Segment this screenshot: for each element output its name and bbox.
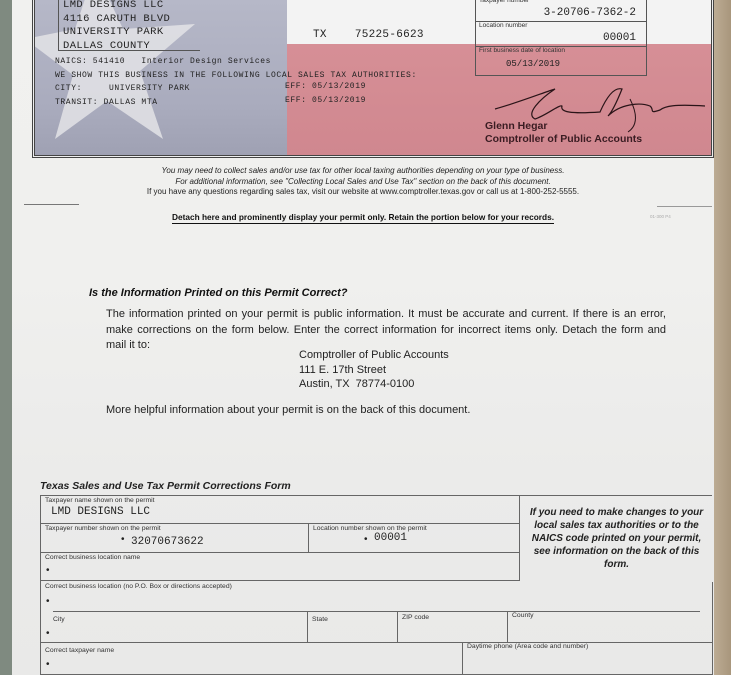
document-page: LMD DESIGNS LLC 4116 CARUTH BLVD UNIVERS… xyxy=(12,0,714,675)
taxpayer-number-label: Taxpayer number shown on the permit xyxy=(45,525,161,532)
form-left-block: Taxpayer name shown on the permit LMD DE… xyxy=(41,496,519,581)
naics-line: NAICS: 541410 Interior Design Services xyxy=(55,55,271,69)
form-title: Texas Sales and Use Tax Permit Correctio… xyxy=(40,480,291,492)
bullet-icon: • xyxy=(46,659,50,670)
taxpayer-number: 3-20706-7362-2 xyxy=(544,7,636,19)
signer-title: Comptroller of Public Accounts xyxy=(485,133,642,146)
taxpayer-number-field[interactable]: Taxpayer number shown on the permit • 32… xyxy=(41,524,309,552)
location-number-label: Location number shown on the permit xyxy=(313,525,427,532)
city: UNIVERSITY PARK xyxy=(63,26,170,40)
authority-city-effective: EFF: 05/13/2019 xyxy=(285,82,366,91)
county-label: County xyxy=(512,612,534,619)
state-zip: TX75225-6623 xyxy=(313,29,424,41)
taxpayer-name-value: LMD DESIGNS LLC xyxy=(51,506,150,518)
location-number-cell: Location number 00001 xyxy=(476,22,646,47)
sales-tax-permit: LMD DESIGNS LLC 4116 CARUTH BLVD UNIVERS… xyxy=(32,0,714,158)
first-business-date: 05/13/2019 xyxy=(506,59,560,69)
daytime-phone-label: Daytime phone (Area code and number) xyxy=(467,643,588,650)
business-location-label: Correct business location (no P.O. Box o… xyxy=(45,583,232,590)
location-number-label: Location number xyxy=(479,22,527,29)
note-line-2: For additional information, see "Collect… xyxy=(12,177,714,188)
business-location-row: Correct business location (no P.O. Box o… xyxy=(41,582,713,612)
authority-transit: TRANSIT: DALLAS MTA xyxy=(55,96,158,110)
permit-id-box: Taxpayer number 3-20706-7362-2 Location … xyxy=(475,0,647,76)
note-line-1: You may need to collect sales and/or use… xyxy=(12,166,714,177)
detach-rule-left xyxy=(24,204,79,205)
info-heading: Is the Information Printed on this Permi… xyxy=(89,287,348,299)
city-state-zip-row: City • State ZIP code County xyxy=(41,612,713,643)
taxpayer-number-label: Taxpayer number xyxy=(479,0,529,4)
authority-city: CITY: UNIVERSITY PARK xyxy=(55,82,190,96)
taxpayer-name-row: Taxpayer name shown on the permit LMD DE… xyxy=(41,496,519,524)
city-field[interactable]: City • xyxy=(41,612,308,642)
taxpayer-number-value: 32070673622 xyxy=(131,536,204,548)
mailing-address: Comptroller of Public Accounts 111 E. 17… xyxy=(299,348,449,392)
county: DALLAS COUNTY xyxy=(63,40,170,54)
state: TX xyxy=(313,29,327,41)
corrections-form: Taxpayer name shown on the permit LMD DE… xyxy=(40,495,712,675)
signer-name: Glenn Hegar xyxy=(485,120,642,133)
info-more: More helpful information about your perm… xyxy=(106,404,470,416)
taxpayer-name-label: Taxpayer name shown on the permit xyxy=(45,497,155,504)
taxpayer-phone-row: Correct taxpayer name • Daytime phone (A… xyxy=(41,643,713,675)
info-paragraph: The information printed on your permit i… xyxy=(106,307,666,354)
first-business-date-label: First business date of location xyxy=(479,47,565,54)
bullet-icon: • xyxy=(46,565,50,576)
state-field[interactable]: State xyxy=(308,612,398,642)
business-location-name-row: Correct business location name • xyxy=(41,553,519,581)
detach-rule-right xyxy=(657,206,712,207)
city-label: City xyxy=(53,616,65,623)
business-location-name-label: Correct business location name xyxy=(45,554,140,561)
bullet-icon: • xyxy=(46,628,50,639)
zip-label: ZIP code xyxy=(402,614,429,621)
daytime-phone-field[interactable]: Daytime phone (Area code and number) xyxy=(463,643,713,675)
business-location-name-field[interactable]: Correct business location name • xyxy=(41,553,519,580)
taxpayer-number-cell: Taxpayer number 3-20706-7362-2 xyxy=(476,0,646,22)
street-address: 4116 CARUTH BLVD xyxy=(63,13,170,27)
detach-instruction: Detach here and prominently display your… xyxy=(12,212,714,222)
permit-notes: You may need to collect sales and/or use… xyxy=(12,166,714,198)
authority-transit-effective: EFF: 05/13/2019 xyxy=(285,96,366,105)
mailing-address-line: 111 E. 17th Street xyxy=(299,363,449,378)
location-number-value: 00001 xyxy=(374,532,407,544)
business-location-field[interactable]: Correct business location (no P.O. Box o… xyxy=(41,582,713,612)
mailing-address-line: Austin, TX 78774-0100 xyxy=(299,377,449,392)
bullet-icon: • xyxy=(364,534,368,545)
location-number-field[interactable]: Location number shown on the permit • 00… xyxy=(309,524,519,552)
zip-code: 75225-6623 xyxy=(355,29,424,41)
bullet-icon: • xyxy=(46,596,50,607)
county-field[interactable]: County xyxy=(508,612,713,642)
note-line-3: If you have any questions regarding sale… xyxy=(12,187,714,198)
authorities-intro: WE SHOW THIS BUSINESS IN THE FOLLOWING L… xyxy=(55,69,417,83)
mailing-address-line: Comptroller of Public Accounts xyxy=(299,348,449,363)
taxpayer-number-row: Taxpayer number shown on the permit • 32… xyxy=(41,524,519,553)
state-label: State xyxy=(312,616,328,623)
correct-taxpayer-name-field[interactable]: Correct taxpayer name • xyxy=(41,643,463,675)
correct-taxpayer-name-label: Correct taxpayer name xyxy=(45,647,114,654)
first-business-date-cell: First business date of location 05/13/20… xyxy=(476,47,646,75)
zip-field[interactable]: ZIP code xyxy=(398,612,508,642)
form-code: 01-300 P4 xyxy=(650,214,671,219)
business-name: LMD DESIGNS LLC xyxy=(63,0,170,13)
authorities-notice: If you need to make changes to your loca… xyxy=(519,496,713,581)
taxpayer-name-field[interactable]: Taxpayer name shown on the permit LMD DE… xyxy=(41,496,519,523)
bullet-icon: • xyxy=(121,534,125,545)
signer: Glenn Hegar Comptroller of Public Accoun… xyxy=(485,120,642,146)
location-number: 00001 xyxy=(603,32,636,44)
business-address: LMD DESIGNS LLC 4116 CARUTH BLVD UNIVERS… xyxy=(63,0,170,53)
form-lower-block: Correct business location (no P.O. Box o… xyxy=(41,582,713,675)
